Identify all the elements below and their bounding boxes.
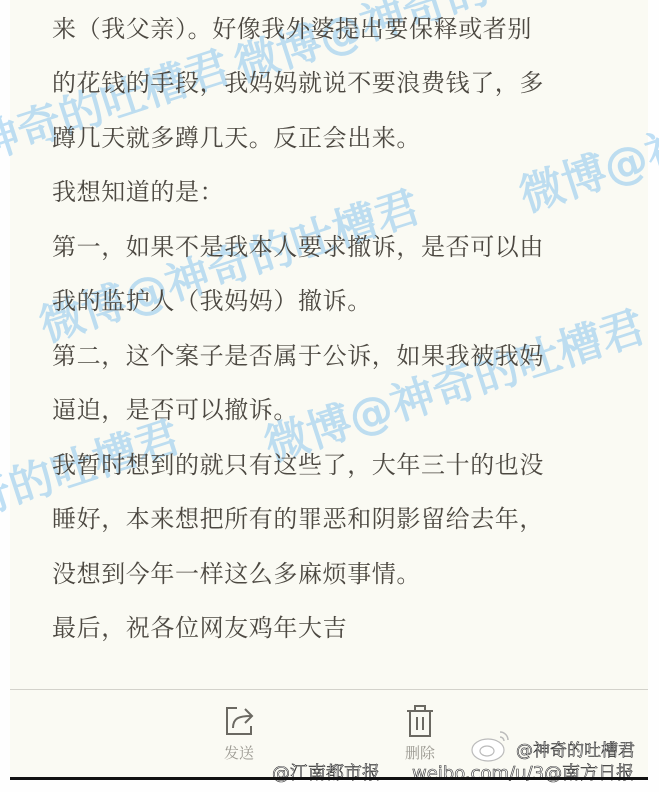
share-icon bbox=[221, 723, 257, 742]
message-line: 逼迫，是否可以撤诉。 bbox=[52, 395, 298, 425]
weibo-handle-watermark: @神奇的吐槽君 bbox=[516, 736, 635, 761]
credit-watermark-left: @江南都市报 bbox=[272, 759, 380, 785]
message-line: 蹲几天就多蹲几天。反正会出来。 bbox=[52, 123, 421, 153]
message-line: 第一，如果不是我本人要求撤诉，是否可以由 bbox=[52, 232, 544, 262]
message-line: 睡好，本来想把所有的罪恶和阴影留给去年， bbox=[52, 504, 544, 534]
message-line: 来（我父亲）。好像我外婆提出要保释或者别 bbox=[52, 14, 532, 44]
send-button[interactable]: 发送 bbox=[209, 704, 269, 762]
message-line: 最后，祝各位网友鸡年大吉 bbox=[52, 613, 347, 643]
bottom-bar bbox=[10, 777, 648, 780]
message-line: 第二，这个案子是否属于公诉，如果我被我妈 bbox=[52, 341, 544, 371]
credit-watermark-right: weibo.com/u/3@南方日报 bbox=[412, 759, 634, 785]
toolbar-divider bbox=[10, 689, 648, 690]
send-label: 发送 bbox=[209, 744, 269, 762]
message-line: 没想到今年一样这么多麻烦事情。 bbox=[52, 559, 421, 589]
message-line: 我的监护人（我妈妈）撤诉。 bbox=[52, 286, 372, 316]
trash-icon bbox=[402, 723, 438, 742]
message-line: 的花钱的手段，我妈妈就说不要浪费钱了，多 bbox=[52, 68, 544, 98]
delete-button[interactable]: 删除 bbox=[390, 704, 450, 762]
message-line: 我想知道的是： bbox=[52, 177, 224, 207]
message-line: 我暂时想到的就只有这些了，大年三十的也没 bbox=[52, 450, 544, 480]
message-panel bbox=[10, 0, 648, 778]
